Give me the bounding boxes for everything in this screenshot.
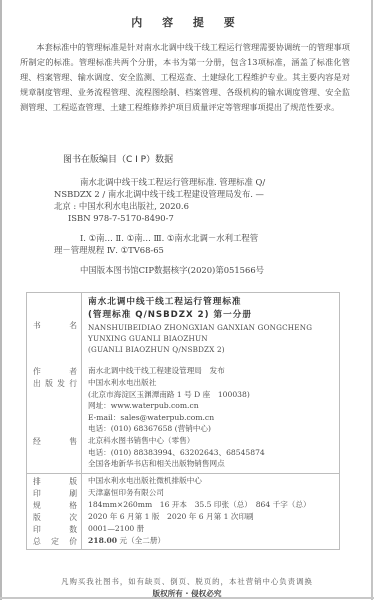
label-char: 售 bbox=[69, 436, 77, 447]
cip-record: 南水北调中线干线工程运行管理标准. 管理标准 Q/ NSBDZX 2 / 南水北… bbox=[54, 176, 314, 224]
row-typesetting: 排版 中国水利水电出版社微机排版中心 bbox=[27, 474, 340, 487]
value-printing: 天津嘉恒印务有限公司 bbox=[82, 487, 340, 499]
cip-line: NSBDZX 2 / 南水北调中线干线工程建设管理局发布. — bbox=[54, 188, 314, 200]
publication-info-table: 书名 南水北调中线干线工程运行管理标准 (管理标准 Q/NSBDZX 2) 第一… bbox=[26, 292, 340, 550]
distributor-phone: 电话：(010) 88383994、63202643、68545874 bbox=[88, 447, 339, 459]
label-char: 数 bbox=[69, 524, 77, 535]
cip-class-line: 理－管理规程 Ⅳ. ①TV68-65 bbox=[54, 244, 314, 256]
value-typesetting: 中国水利水电出版社微机排版中心 bbox=[82, 474, 340, 487]
row-author: 作者 南水北调中线干线工程建设管理局 发布 bbox=[27, 365, 340, 377]
value-book-name: 南水北调中线干线工程运行管理标准 (管理标准 Q/NSBDZX 2) 第一分册 … bbox=[82, 293, 340, 366]
label-char: 价 bbox=[69, 536, 77, 547]
value-distribution: 北京科水图书销售中心（零售） 电话：(010) 88383994、6320264… bbox=[82, 435, 340, 474]
label-spec: 规格 bbox=[27, 499, 82, 511]
edition-text: 2020 年 6 月第 1 版 2020 年 6 月第 1 次印刷 bbox=[88, 511, 339, 523]
row-publisher: 出版发行 中国水利水电出版社 (北京市海淀区玉渊潭南路 1 号 D 座 1000… bbox=[27, 377, 340, 435]
label-char: 作 bbox=[33, 366, 41, 377]
row-book-name: 书名 南水北调中线干线工程运行管理标准 (管理标准 Q/NSBDZX 2) 第一… bbox=[27, 293, 340, 366]
label-char: 出 bbox=[33, 378, 41, 389]
value-print-run: 0001—2100 册 bbox=[82, 523, 340, 535]
label-char: 规 bbox=[33, 500, 41, 511]
row-edition: 版次 2020 年 6 月第 1 版 2020 年 6 月第 1 次印刷 bbox=[27, 511, 340, 523]
publisher-name: 中国水利水电出版社 bbox=[88, 377, 339, 389]
row-print-run: 印数 0001—2100 册 bbox=[27, 523, 340, 535]
replacement-notice: 凡购买我社图书，如有缺页、倒页、脱页的，本社营销中心负责调换 bbox=[0, 576, 374, 587]
value-price: 218.00 元（全二册） bbox=[82, 535, 340, 550]
label-char: 定 bbox=[51, 536, 59, 547]
book-title-cn-1: 南水北调中线干线工程运行管理标准 bbox=[88, 296, 339, 309]
label-char: 经 bbox=[33, 436, 41, 447]
book-title-en-3: (GUANLI BIAOZHUN Q/NSBDZX 2) bbox=[88, 344, 339, 355]
label-char: 者 bbox=[69, 366, 77, 377]
label-author: 作者 bbox=[27, 365, 82, 377]
label-book-name: 书名 bbox=[27, 293, 82, 366]
label-char: 发 bbox=[57, 378, 65, 389]
publisher-website: 网址：www.waterpub.com.cn bbox=[88, 400, 339, 412]
distributor-name: 北京科水图书销售中心（零售） bbox=[88, 435, 339, 447]
cip-classification: Ⅰ. ①南… Ⅱ. ①南… Ⅲ. ①南水北调－水利工程管 理－管理规程 Ⅳ. ①… bbox=[54, 232, 314, 256]
label-char: 版 bbox=[69, 476, 77, 487]
value-spec: 184mm×260mm 16 开本 35.5 印张（总） 864 千字（总） bbox=[82, 499, 340, 511]
value-publisher: 中国水利水电出版社 (北京市海淀区玉渊潭南路 1 号 D 座 100038) 网… bbox=[82, 377, 340, 435]
label-distribution: 经售 bbox=[27, 435, 82, 474]
publisher-address: (北京市海淀区玉渊潭南路 1 号 D 座 100038) bbox=[88, 389, 339, 401]
label-char: 版 bbox=[33, 512, 41, 523]
page-border-left bbox=[0, 0, 2, 600]
label-char: 刷 bbox=[69, 488, 77, 499]
abstract-paragraph: 本套标准中的管理标准是针对南水北调中线干线工程运行管理需要协调统一的管理事项所制… bbox=[20, 40, 350, 115]
row-printing: 印刷 天津嘉恒印务有限公司 bbox=[27, 487, 340, 499]
label-char: 排 bbox=[33, 476, 41, 487]
label-publisher: 出版发行 bbox=[27, 377, 82, 435]
book-title-en-2: YUNXING GUANLI BIAOZHUN bbox=[88, 333, 339, 344]
label-price: 总定价 bbox=[27, 535, 82, 550]
cip-record-number: 中国版本图书馆CIP数据核字(2020)第051566号 bbox=[80, 264, 264, 276]
row-distribution: 经售 北京科水图书销售中心（零售） 电话：(010) 88383994、6320… bbox=[27, 435, 340, 474]
label-char: 名 bbox=[69, 320, 77, 331]
distributor-network: 全国各地新华书店和相关出版物销售网点 bbox=[88, 458, 339, 470]
cip-line: 南水北调中线干线工程运行管理标准. 管理标准 Q/ bbox=[54, 176, 314, 188]
label-char: 格 bbox=[69, 500, 77, 511]
cip-class-line: Ⅰ. ①南… Ⅱ. ①南… Ⅲ. ①南水北调－水利工程管 bbox=[54, 232, 314, 244]
value-edition: 2020 年 6 月第 1 版 2020 年 6 月第 1 次印刷 bbox=[82, 511, 340, 523]
page-border-right bbox=[371, 0, 373, 600]
label-printing: 印刷 bbox=[27, 487, 82, 499]
publisher-email: E-mail：sales@waterpub.com.cn bbox=[88, 412, 339, 424]
price-suffix: 元（全二册） bbox=[117, 536, 165, 545]
label-edition: 版次 bbox=[27, 511, 82, 523]
label-char: 书 bbox=[33, 320, 41, 331]
abstract-title: 内 容 提 要 bbox=[0, 14, 374, 30]
value-author: 南水北调中线干线工程建设管理局 发布 bbox=[82, 365, 340, 377]
label-typesetting: 排版 bbox=[27, 474, 82, 487]
cip-isbn: ISBN 978-7-5170-8490-7 bbox=[54, 212, 314, 224]
book-title-en-1: NANSHUIBEIDIAO ZHONGXIAN GANXIAN GONGCHE… bbox=[88, 322, 339, 333]
label-char: 行 bbox=[69, 378, 77, 389]
typesetting-text: 中国水利水电出版社微机排版中心 bbox=[88, 475, 339, 487]
cip-heading: 图书在版编目（C I P）数据 bbox=[63, 152, 173, 165]
label-char: 总 bbox=[33, 536, 41, 547]
print-run-text: 0001—2100 册 bbox=[88, 523, 339, 535]
label-print-run: 印数 bbox=[27, 523, 82, 535]
label-char: 印 bbox=[33, 524, 41, 535]
row-price: 总定价 218.00 元（全二册） bbox=[27, 535, 340, 550]
copyright-notice: 版权所有 · 侵权必究 bbox=[0, 588, 374, 599]
row-spec: 规格 184mm×260mm 16 开本 35.5 印张（总） 864 千字（总… bbox=[27, 499, 340, 511]
label-char: 印 bbox=[33, 488, 41, 499]
author-text: 南水北调中线干线工程建设管理局 发布 bbox=[88, 365, 339, 377]
spec-text: 184mm×260mm 16 开本 35.5 印张（总） 864 千字（总） bbox=[88, 499, 339, 511]
printing-text: 天津嘉恒印务有限公司 bbox=[88, 487, 339, 499]
price-amount: 218.00 bbox=[88, 536, 117, 545]
label-char: 次 bbox=[69, 512, 77, 523]
label-char: 版 bbox=[45, 378, 53, 389]
publisher-phone: 电话：(010) 68367658 (营销中心) bbox=[88, 423, 339, 435]
cip-line: 北京 : 中国水利水电出版社, 2020.6 bbox=[54, 200, 314, 212]
book-title-cn-2: (管理标准 Q/NSBDZX 2) 第一分册 bbox=[88, 309, 339, 322]
